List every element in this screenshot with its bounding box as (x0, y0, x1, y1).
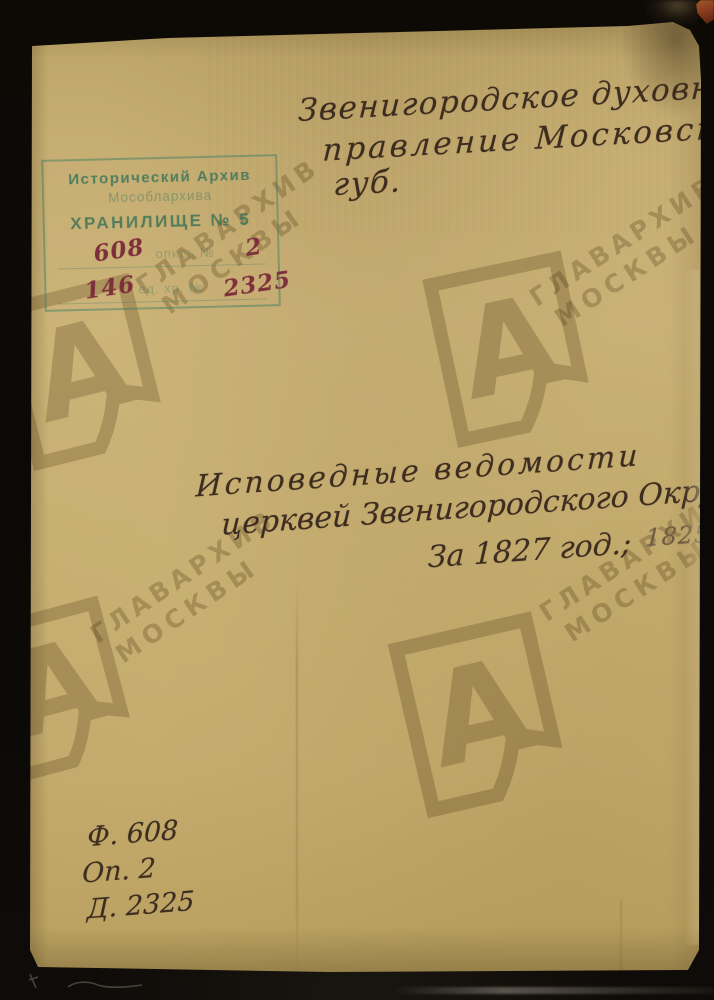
stamp-item-row: 146 ед. хр. № 2325 (58, 268, 267, 304)
stamp-item-label: ед. хр. № (138, 280, 204, 297)
glavarhiv-logo-watermark: А (416, 244, 602, 451)
folder-cover-paper: А А А А ГЛАВАРХИВМОСКВЫ ГЛАВАРХИВМОСКВЫ … (28, 20, 702, 975)
archive-code: Ф. 608 Оп. 2 Д. 2325 (86, 812, 196, 928)
background-streak (392, 987, 714, 994)
svg-text:А: А (18, 290, 145, 452)
scanned-archive-cover: А А А А ГЛАВАРХИВМОСКВЫ ГЛАВАРХИВМОСКВЫ … (0, 0, 714, 1000)
stamp-org-line2: Мособлархива (44, 186, 276, 207)
stamp-item-count: 146 (83, 271, 137, 305)
svg-text:А: А (447, 267, 571, 429)
stamp-opis-label: опись № (155, 245, 215, 261)
stamp-org-line1: Исторический Архив (43, 166, 275, 189)
glavarhiv-text-watermark: ГЛАВАРХИВМОСКВЫ (524, 169, 714, 339)
stamp-opis-row: 608 опись № 2 (57, 233, 266, 269)
archive-stamp: Исторический Архив Мособлархива ХРАНИЛИЩ… (41, 154, 281, 312)
background-scribble (22, 968, 172, 1000)
glavarhiv-logo-watermark: А (0, 589, 144, 788)
delo-number: Д. 2325 (87, 884, 195, 929)
paper-edge-highlight (684, 270, 700, 945)
paper-crease (620, 900, 622, 980)
paper-crease (296, 580, 298, 980)
title-year: За 1827 год.; (427, 526, 632, 575)
stamp-storage-line: ХРАНИЛИЩЕ № 5 (45, 209, 277, 235)
top-inscription: Звенигородское духовное правление Москов… (297, 65, 714, 208)
stamp-opis-number: 2 (243, 233, 264, 262)
svg-text:А: А (413, 628, 545, 798)
title-year-added: 1825 (645, 520, 711, 553)
glavarhiv-logo-watermark: А (381, 605, 577, 822)
title-inscription: Исповедные ведомости церквей Звенигородс… (194, 429, 714, 594)
svg-text:А: А (0, 612, 115, 766)
stamp-item-number: 2325 (222, 266, 293, 303)
stamp-fond-number: 608 (92, 233, 146, 267)
